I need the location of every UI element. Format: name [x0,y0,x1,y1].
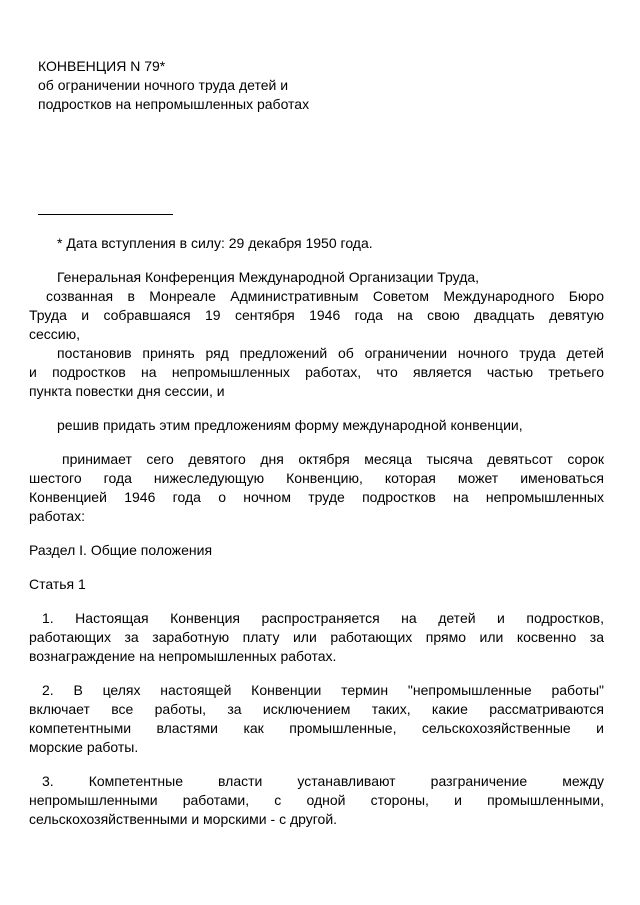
body-line: 3. Компетентные власти устанавливают раз… [29,772,604,791]
body-line: принимает сего девятого дня октября меся… [29,450,604,469]
body-line: 1. Настоящая Конвенция распространяется … [29,609,604,628]
body-line: решив придать этим предложениям форму ме… [29,416,604,435]
document-title-line: об ограничении ночного труда детей и [29,76,604,95]
body-line: созванная в Монреале Административным Со… [29,287,604,306]
body-line: Генеральная Конференция Международной Ор… [29,268,604,287]
body-line: сессию, [29,325,604,344]
footnote-divider-line [38,214,173,215]
article-heading: Статья 1 [29,575,604,594]
body-line: шестого года нижеследующую Конвенцию, ко… [29,469,604,488]
section-heading: Раздел I. Общие положения [29,541,604,560]
body-line: компетентными властями как промышленные,… [29,719,604,738]
body-line: Труда и собравшаяся 19 сентября 1946 год… [29,306,604,325]
body-line: морские работы. [29,738,604,757]
document-title-line: КОНВЕНЦИЯ N 79* [29,57,604,76]
body-line: постановив принять ряд предложений об ог… [29,344,604,363]
body-line: включает все работы, за исключением таки… [29,700,604,719]
document-page: КОНВЕНЦИЯ N 79* об ограничении ночного т… [0,0,640,829]
footnote-text: * Дата вступления в силу: 29 декабря 195… [29,234,604,253]
body-line: и подростков на непромышленных работах, … [29,363,604,382]
body-line: работах: [29,507,604,526]
body-line: непромышленными работами, с одной сторон… [29,791,604,810]
document-title: КОНВЕНЦИЯ N 79* об ограничении ночного т… [29,57,604,114]
body-line: вознаграждение на непромышленных работах… [29,647,604,666]
body-line: сельскохозяйственными и морскими - с дру… [29,810,604,829]
document-body: Генеральная Конференция Международной Ор… [29,268,604,829]
body-line: работающих за заработную плату или работ… [29,628,604,647]
document-title-line: подростков на непромышленных работах [29,95,604,114]
body-line: пункта повестки дня сессии, и [29,382,604,401]
body-line: Конвенцией 1946 года о ночном труде подр… [29,488,604,507]
body-line: 2. В целях настоящей Конвенции термин "н… [29,681,604,700]
